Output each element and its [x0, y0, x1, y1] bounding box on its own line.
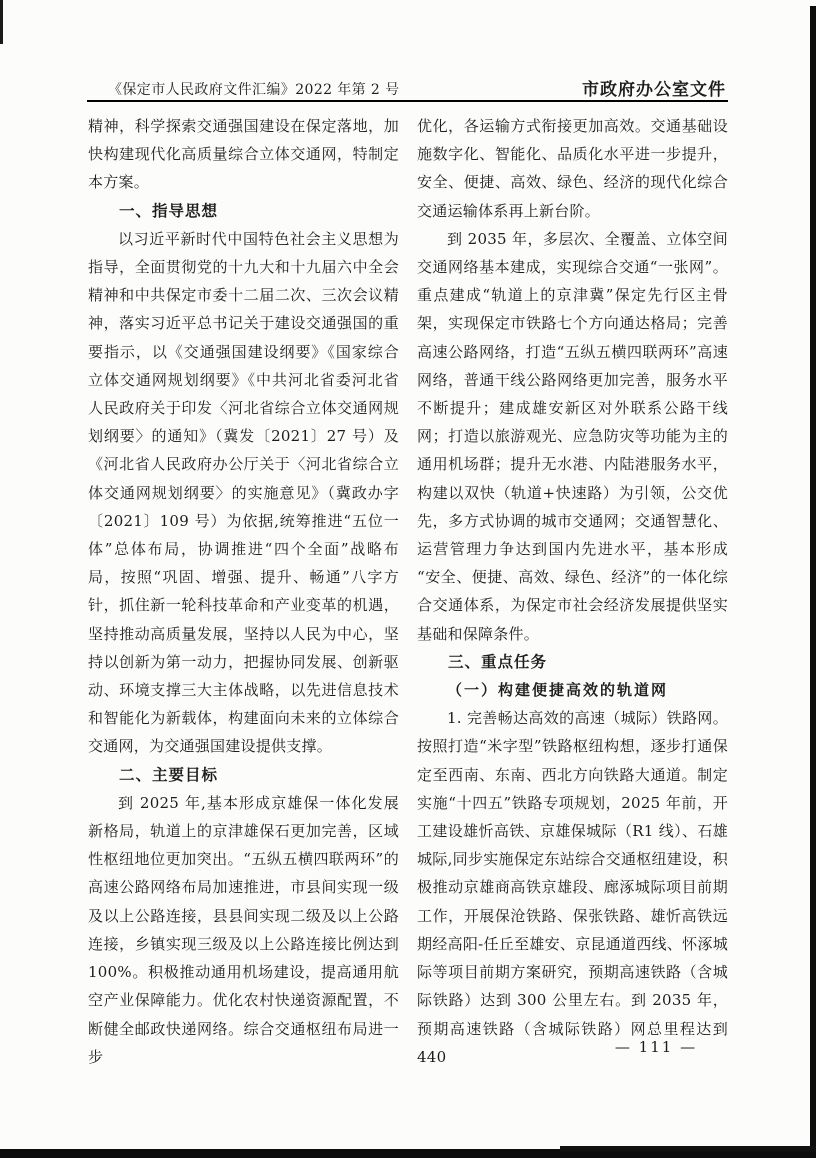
paragraph-goals-2025-continued: 优化，各运输方式衔接更加高效。交通基础设施数字化、智能化、品质化水平进一步提升，…	[417, 112, 728, 225]
scanned-document-page: 《保定市人民政府文件汇编》2022 年第 2 号 市政府办公室文件 精神，科学探…	[0, 0, 816, 1158]
scan-edge-bottom-right	[560, 1146, 816, 1152]
right-column: 优化，各运输方式衔接更加高效。交通基础设施数字化、智能化、品质化水平进一步提升，…	[417, 112, 728, 1071]
paragraph-continued-from-previous-page: 精神，科学探索交通强国建设在保定落地，加快构建现代化高质量综合立体交通网，特制定…	[88, 112, 399, 197]
paragraph-goals-2035: 到 2035 年，多层次、全覆盖、立体空间交通网络基本建成，实现综合交通“一张网…	[417, 225, 728, 648]
paragraph-high-speed-rail-plan: 1. 完善畅达高效的高速（城际）铁路网。按照打造“米字型”铁路枢纽构想，逐步打通…	[417, 704, 728, 1071]
page-number: — 111 —	[596, 1038, 716, 1056]
body-columns: 精神，科学探索交通强国建设在保定落地，加快构建现代化高质量综合立体交通网，特制定…	[88, 112, 728, 1071]
header-compilation-title: 《保定市人民政府文件汇编》2022 年第 2 号	[108, 79, 400, 99]
header-rule	[87, 100, 728, 102]
section-heading-1-guiding-ideology: 一、指导思想	[88, 197, 399, 225]
scan-edge-right	[810, 6, 816, 1158]
header-document-category: 市政府办公室文件	[582, 75, 726, 100]
paragraph-guiding-ideology: 以习近平新时代中国特色社会主义思想为指导，全面贯彻党的十九大和十九届六中全会精神…	[88, 225, 399, 761]
section-heading-2-main-goals: 二、主要目标	[88, 761, 399, 789]
paragraph-goals-2025: 到 2025 年,基本形成京雄保一体化发展新格局，轨道上的京津雄保石更加完善，区…	[88, 789, 399, 1071]
left-column: 精神，科学探索交通强国建设在保定落地，加快构建现代化高质量综合立体交通网，特制定…	[88, 112, 399, 1071]
scan-edge-top-left	[0, 0, 3, 44]
subsection-heading-rail-network: （一）构建便捷高效的轨道网	[417, 676, 728, 704]
section-heading-3-key-tasks: 三、重点任务	[417, 648, 728, 676]
